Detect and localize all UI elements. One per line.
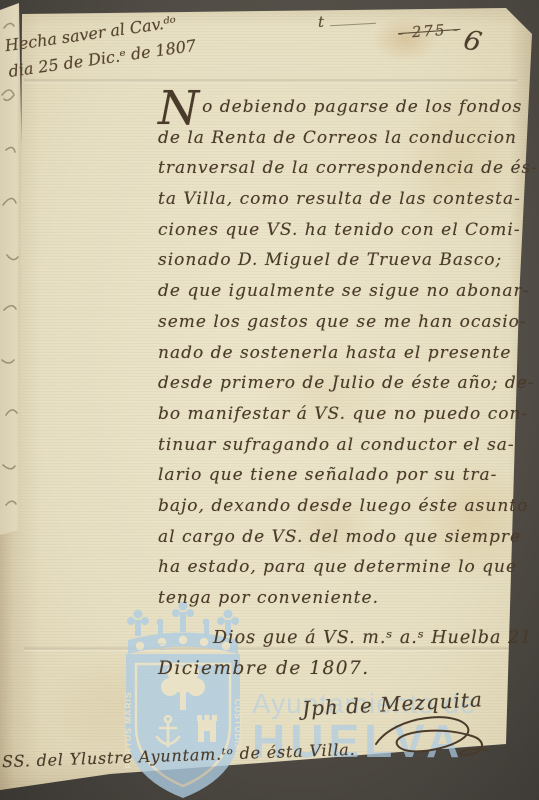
closing-formula-line1: Dios gue á VS. m.ˢ a.ˢ Huelba 21 de — [213, 628, 539, 648]
body-line: tinuar sufragando al conductor el sa- — [158, 435, 520, 466]
manuscript-ink-layer: Hecha saver al Cav.ᵈᵒ dia 25 de Dic.ᵉ de… — [0, 0, 539, 800]
tick-mark: t — [318, 13, 324, 31]
body-line: bajo, dexando desde luego éste asunto — [158, 496, 520, 527]
body-line: de que igualmente se sigue no abonar- — [158, 281, 520, 312]
body-line-text: o debiendo pagarse de los fondos — [202, 97, 522, 117]
body-line: ta Villa, como resulta de las contesta- — [158, 189, 520, 220]
addressee-line: SS. del Ylustre Ayuntam.ᵗᵒ de ésta Villa… — [2, 740, 356, 771]
body-line: lario que tiene señalado por su tra- — [158, 465, 520, 496]
body-line: tenga por conveniente. — [158, 588, 520, 619]
body-line: al cargo de VS. del modo que siempre — [158, 527, 520, 558]
body-line: ha estado, para que determine lo que — [158, 557, 520, 588]
body-line: seme los gastos que se me han ocasio- — [158, 312, 520, 343]
body-line: sionado D. Miguel de Trueva Basco; — [158, 250, 520, 281]
tick-mark-stroke — [330, 23, 376, 26]
signature-rubric-flourish — [368, 706, 498, 768]
body-line: bo manifestar á VS. que no puedo con- — [158, 404, 520, 435]
body-line: ciones que VS. ha tenido con el Comi- — [158, 220, 520, 251]
body-line: desde primero de Julio de éste año; de- — [158, 373, 520, 404]
closing-formula-line2: Diciembre de 1807. — [158, 658, 370, 679]
folio-number-crossed: - 275 - — [397, 20, 460, 42]
letter-body: No debiendo pagarse de los fondos de la … — [158, 97, 520, 619]
register-note: Hecha saver al Cav.ᵈᵒ dia 25 de Dic.ᵉ de… — [3, 7, 197, 85]
folio-number: 6 — [461, 24, 485, 58]
body-line: tranversal de la correspondencia de és- — [158, 158, 520, 189]
body-line: nado de sostenerla hasta el presente — [158, 343, 520, 374]
scanned-letter-page: PORTUS MARIS CUSTODIA ET Ayuntamiento de… — [0, 0, 539, 800]
body-line: No debiendo pagarse de los fondos — [158, 97, 520, 128]
body-line: de la Renta de Correos la conduccion — [158, 128, 520, 159]
